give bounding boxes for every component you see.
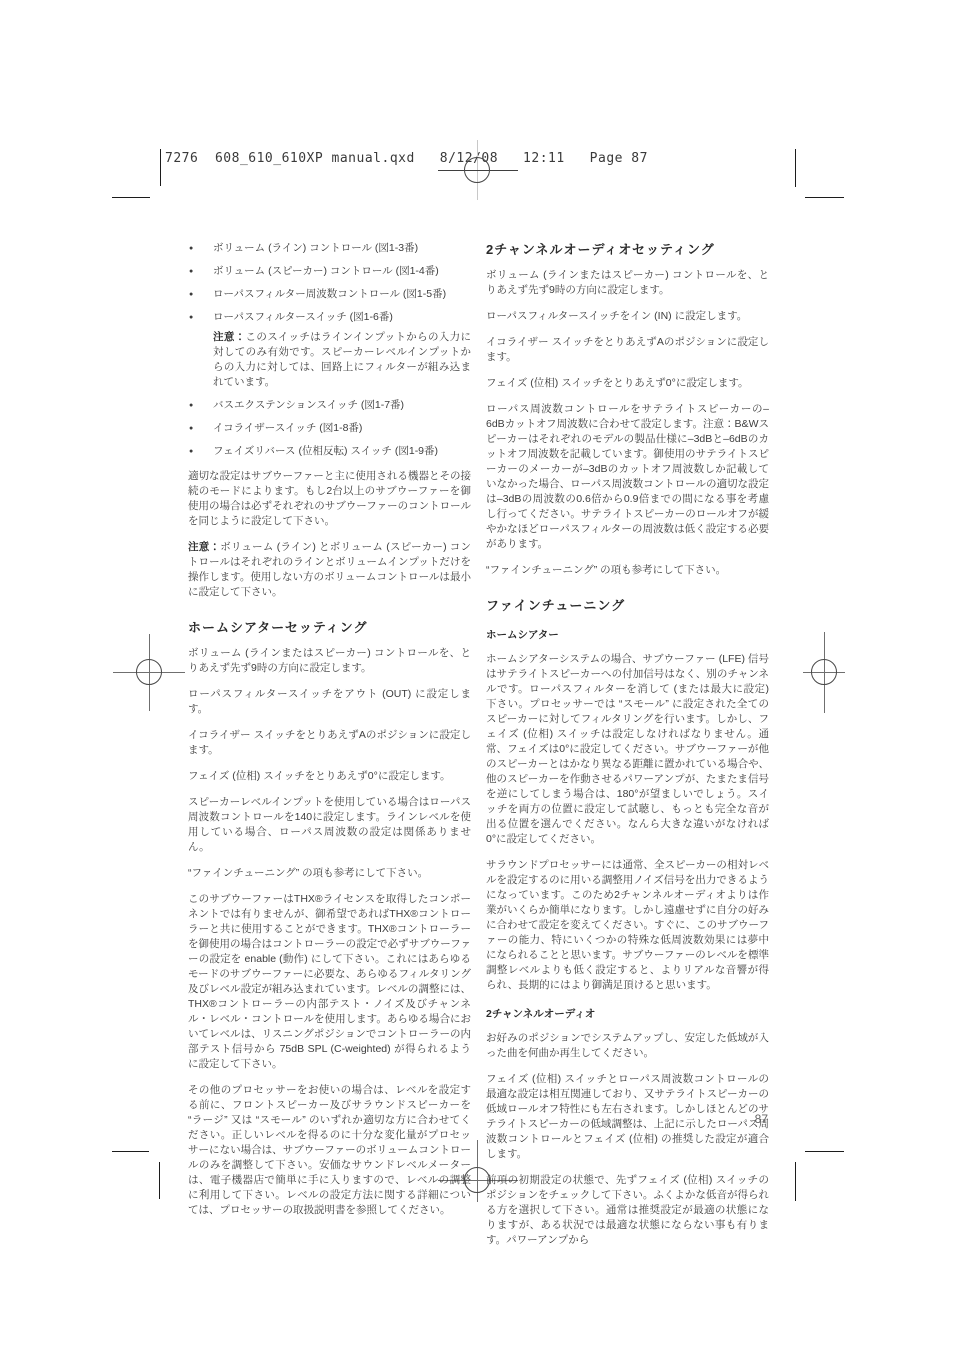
bullet-item: ボリューム (スピーカー) コントロール (図1-4番) — [188, 264, 471, 280]
bullet-text: イコライザースイッチ (図1-8番) — [213, 421, 471, 437]
bullet-icon — [188, 421, 213, 437]
subheading-home-theatre: ホームシアター — [486, 628, 769, 643]
paragraph: ローパスフィルタースイッチをアウト (OUT) に設定します。 — [188, 687, 471, 717]
paragraph: スピーカーレベルインプットを使用している場合はローパス周波数コントロールを140… — [188, 795, 471, 855]
note-text: ボリューム (ライン) とボリューム (スピーカー) コントロールはそれぞれのラ… — [188, 541, 471, 598]
paragraph: フェイズ (位相) スイッチをとりあえず0°に設定します。 — [188, 769, 471, 784]
bullet-item: イコライザースイッチ (図1-8番) — [188, 421, 471, 437]
registration-mark-right-icon — [803, 632, 845, 713]
bullet-icon — [188, 398, 213, 414]
bullet-icon — [188, 287, 213, 303]
paragraph: “ファインチューニング” の項も参考にして下さい。 — [188, 866, 471, 881]
paragraph: 適切な設定はサブウーファーと主に使用される機器とその接続のモードによります。もし… — [188, 469, 471, 529]
subheading-2ch-audio: 2チャンネルオーディオ — [486, 1007, 769, 1022]
paragraph: ボリューム (ラインまたはスピーカー) コントロールを、とりあえず先ず9時の方向… — [188, 646, 471, 676]
paragraph: このサブウーファーはTHX®ライセンスを取得したコンポーネントでは有りませんが、… — [188, 892, 471, 1072]
bullet-icon — [188, 310, 213, 326]
bullet-note: 注意：このスイッチはラインインプットからの入力に対してのみ有効です。スピーカーレ… — [213, 330, 471, 390]
crop-mark-top-left-horizontal — [112, 197, 150, 198]
crop-mark-top-right-vertical — [795, 149, 796, 187]
section-heading-fine-tuning: ファインチューニング — [486, 597, 769, 614]
registration-mark-left-icon — [113, 634, 185, 711]
paragraph: その他のプロセッサーをお使いの場合は、レベルを設定する前に、フロントスピーカー及… — [188, 1083, 471, 1218]
bullet-item: ローパスフィルター周波数コントロール (図1-5番) — [188, 287, 471, 303]
right-column: 2チャンネルオーディオセッティング ボリューム (ラインまたはスピーカー) コン… — [486, 241, 769, 1259]
crop-mark-bottom-left-vertical — [159, 1162, 160, 1199]
paragraph-note: 注意：ボリューム (ライン) とボリューム (スピーカー) コントロールはそれぞ… — [188, 540, 471, 600]
bullet-text: ボリューム (スピーカー) コントロール (図1-4番) — [213, 264, 471, 280]
bullet-item: ボリューム (ライン) コントロール (図1-3番) — [188, 241, 471, 257]
crop-mark-top-left-vertical — [160, 149, 161, 186]
left-column: ボリューム (ライン) コントロール (図1-3番) ボリューム (スピーカー)… — [188, 241, 471, 1229]
paragraph: ホームシアターシステムの場合、サブウーファー (LFE) 信号はサテライトスピー… — [486, 652, 769, 847]
bullet-text: ボリューム (ライン) コントロール (図1-3番) — [213, 241, 471, 257]
bullet-item: バスエクステンションスイッチ (図1-7番) — [188, 398, 471, 414]
note-label: 注意： — [213, 331, 246, 343]
crop-mark-bottom-right-horizontal — [805, 1151, 844, 1152]
crop-mark-bottom-left-horizontal — [112, 1151, 149, 1152]
paragraph: 前項の初期設定の状態で、先ずフェイズ (位相) スイッチのポジションをチェックし… — [486, 1173, 769, 1248]
manual-page: 7276 608_610_610XP manual.qxd 8/12/08 12… — [0, 0, 954, 1351]
bullet-text: ローパスフィルター周波数コントロール (図1-5番) — [213, 287, 471, 303]
bullet-text: バスエクステンションスイッチ (図1-7番) — [213, 398, 471, 414]
bullet-text: ローパスフィルタースイッチ (図1-6番) — [213, 310, 471, 326]
page-number: 87 — [700, 1112, 768, 1126]
bullet-icon — [188, 264, 213, 280]
note-text: このスイッチはラインインプットからの入力に対してのみ有効です。スピーカーレベルイ… — [213, 331, 471, 388]
paragraph: ローパスフィルタースイッチをイン (IN) に設定します。 — [486, 309, 769, 324]
crop-mark-bottom-right-vertical — [795, 1162, 796, 1201]
paragraph: フェイズ (位相) スイッチをとりあえず0°に設定します。 — [486, 376, 769, 391]
registration-mark-top-icon — [438, 140, 518, 200]
bullet-icon — [188, 444, 213, 460]
note-label: 注意： — [188, 541, 220, 553]
bullet-icon — [188, 241, 213, 257]
print-slug-line: 7276 608_610_610XP manual.qxd 8/12/08 12… — [165, 151, 648, 166]
paragraph: “ファインチューニング” の項も参考にして下さい。 — [486, 563, 769, 578]
bullet-item: フェイズリバース (位相反転) スイッチ (図1-9番) — [188, 444, 471, 460]
paragraph: お好みのポジションでシステムアップし、安定した低域が入った曲を何曲か再生してくだ… — [486, 1031, 769, 1061]
paragraph: サラウンドプロセッサーには通常、全スピーカーの相対レベルを設定するのに用いる調整… — [486, 858, 769, 993]
section-heading-2ch-setting: 2チャンネルオーディオセッティング — [486, 241, 769, 258]
section-heading-home-theatre: ホームシアターセッティング — [188, 619, 471, 636]
bullet-item: ローパスフィルタースイッチ (図1-6番) — [188, 310, 471, 326]
paragraph: イコライザー スイッチをとりあえずAのポジションに設定します。 — [188, 728, 471, 758]
paragraph: イコライザー スイッチをとりあえずAのポジションに設定します。 — [486, 335, 769, 365]
bullet-text: フェイズリバース (位相反転) スイッチ (図1-9番) — [213, 444, 471, 460]
paragraph: ローパス周波数コントロールをサテライトスピーカーの–6dBカットオフ周波数に合わ… — [486, 402, 769, 552]
paragraph: ボリューム (ラインまたはスピーカー) コントロールを、とりあえず先ず9時の方向… — [486, 268, 769, 298]
crop-mark-top-right-horizontal — [805, 197, 844, 198]
